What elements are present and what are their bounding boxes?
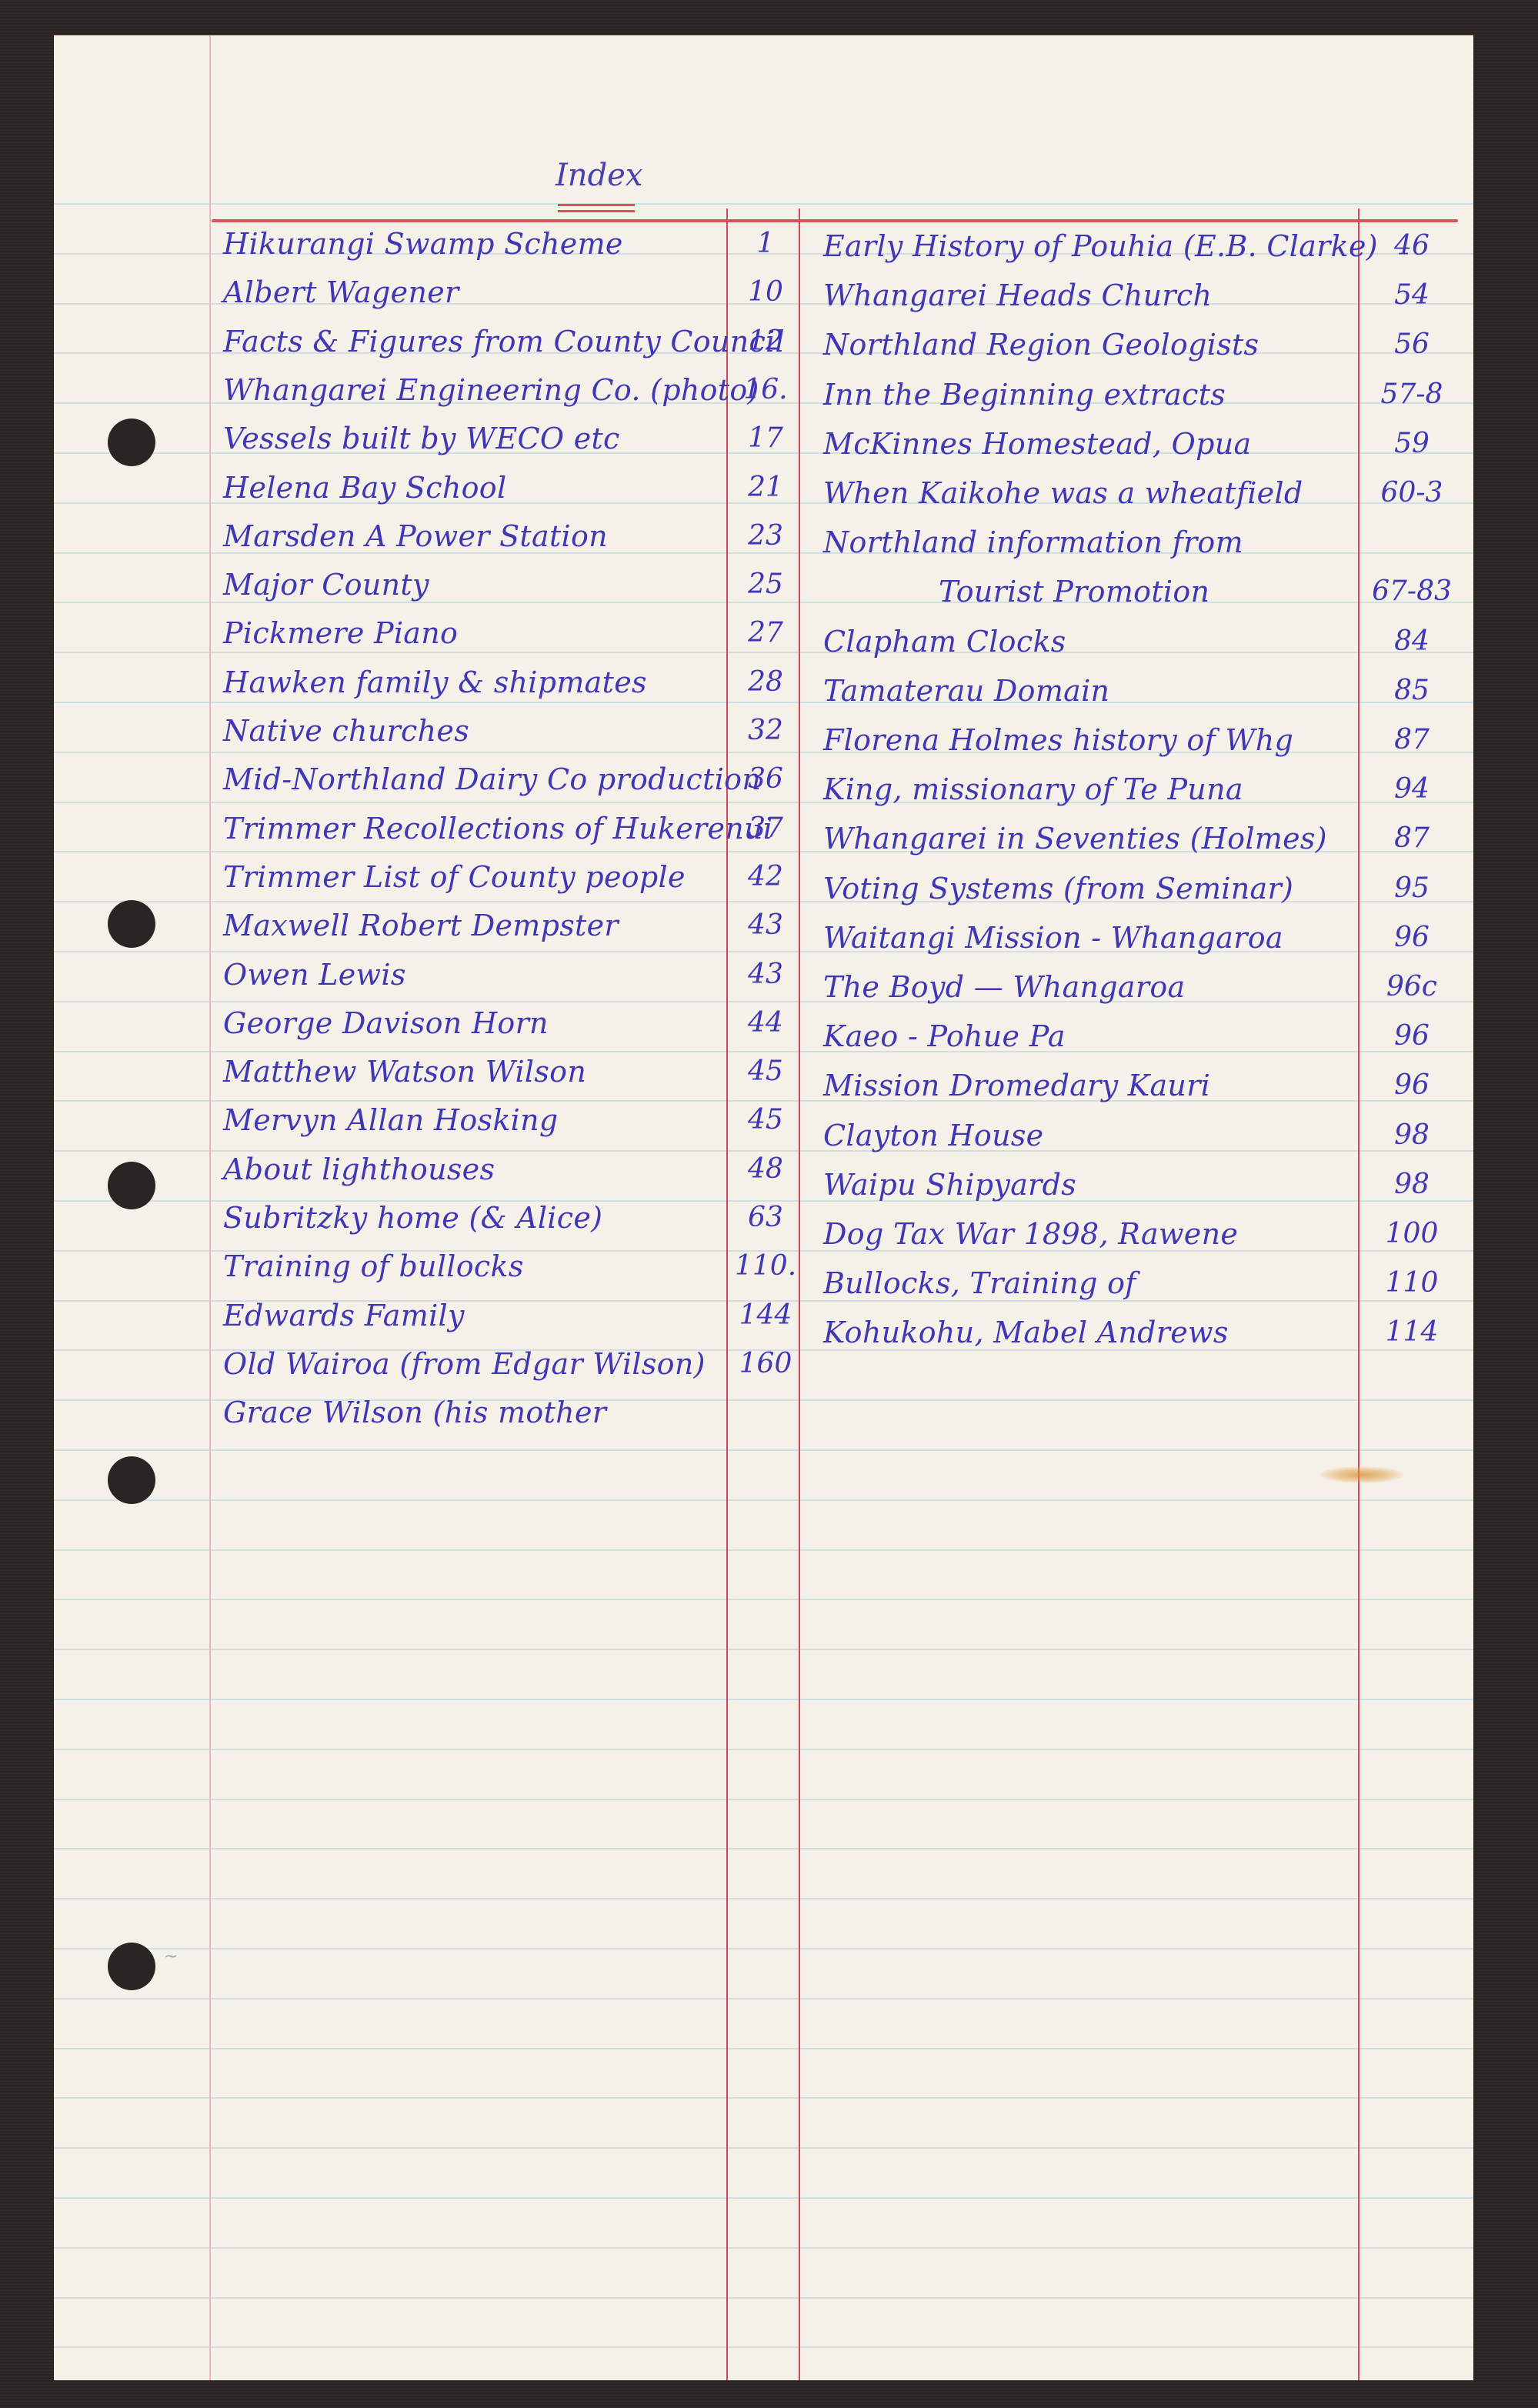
entry-page-number: 96 [1370, 921, 1454, 955]
entry-page-number: 100 [1370, 1217, 1454, 1251]
entry-title: Whangarei Engineering Co. (photo) [223, 373, 716, 407]
entry-page-number: 54 [1370, 278, 1454, 312]
entry-title: McKinnes Homestead, Opua [823, 427, 1354, 461]
ruled-line [54, 2297, 1473, 2299]
binder-hole [108, 1456, 155, 1504]
entry-page-number: 94 [1370, 772, 1454, 806]
entry-page-number: 87 [1370, 723, 1454, 757]
entry-page-number: 96 [1370, 1069, 1454, 1102]
entry-page-number: 85 [1370, 674, 1454, 708]
entry-title: Clapham Clocks [823, 625, 1354, 659]
entry-page-number: 45 [735, 1103, 796, 1137]
entry-title: When Kaikohe was a wheatfield [823, 476, 1354, 510]
center-column-divider [799, 208, 800, 2380]
ruled-line [54, 1649, 1473, 1650]
entry-title: Hawken family & shipmates [223, 665, 716, 699]
ruled-line [54, 1599, 1473, 1600]
entry-page-number: 63 [735, 1201, 796, 1235]
entry-page-number: 96 [1370, 1019, 1454, 1053]
entry-page-number: 60-3 [1370, 476, 1454, 510]
entry-page-number: 46 [1370, 229, 1454, 263]
entry-title: Mervyn Allan Hosking [223, 1103, 716, 1137]
entry-title: Edwards Family [223, 1299, 716, 1332]
ruled-line [54, 1898, 1473, 1899]
entry-title: Native churches [223, 714, 716, 748]
pencil-mark: ~ [164, 1947, 178, 1966]
entry-page-number: 43 [735, 909, 796, 942]
entry-page-number: 43 [735, 958, 796, 992]
entry-page-number: 16. [735, 373, 796, 407]
entry-title: Major County [223, 568, 716, 602]
binder-hole [108, 1162, 155, 1209]
entry-page-number: 12 [735, 325, 796, 359]
entry-page-number: 32 [735, 714, 796, 748]
entry-title: Voting Systems (from Seminar) [823, 872, 1354, 906]
entry-page-number: 67-83 [1370, 575, 1454, 609]
entry-title: George Davison Horn [223, 1006, 716, 1040]
title-underline [558, 204, 635, 206]
entry-page-number: 84 [1370, 625, 1454, 659]
entry-title: About lighthouses [223, 1152, 716, 1186]
entry-title: Tamaterau Domain [823, 674, 1354, 708]
entry-title: Subritzky home (& Alice) [223, 1201, 716, 1235]
entry-page-number: 57-8 [1370, 378, 1454, 412]
entry-page-number: 110. [735, 1249, 796, 1283]
entry-title: Northland information from [823, 525, 1354, 559]
entry-page-number: 144 [735, 1299, 796, 1332]
entry-page-number: 110 [1370, 1266, 1454, 1300]
entry-title: Mission Dromedary Kauri [823, 1069, 1354, 1102]
entry-title: Kaeo - Pohue Pa [823, 1019, 1354, 1053]
entry-title: Matthew Watson Wilson [223, 1055, 716, 1089]
entry-page-number: 10 [735, 275, 796, 309]
entry-page-number: 160 [735, 1347, 796, 1381]
ruled-line [54, 1749, 1473, 1750]
ruled-line [54, 2247, 1473, 2249]
entry-page-number: 95 [1370, 872, 1454, 906]
entry-page-number: 56 [1370, 328, 1454, 362]
entry-page-number: 87 [1370, 822, 1454, 855]
entry-title: Facts & Figures from County Council [223, 325, 716, 359]
right-page-column-divider [1358, 208, 1360, 2380]
ruled-line [54, 1799, 1473, 1800]
rust-stain [1319, 1466, 1404, 1483]
ruled-line [54, 2048, 1473, 2049]
entry-title: Mid-Northland Dairy Co production [223, 762, 716, 796]
entry-title: The Boyd — Whangaroa [823, 970, 1354, 1004]
entry-title: Early History of Pouhia (E.B. Clarke) [823, 229, 1354, 263]
binder-hole [108, 419, 155, 466]
ruled-line [54, 1449, 1473, 1451]
page-title: Index [555, 158, 642, 193]
entry-title: Vessels built by WECO etc [223, 422, 716, 455]
entry-title: Northland Region Geologists [823, 328, 1354, 362]
entry-title: Florena Holmes history of Whg [823, 723, 1354, 757]
entry-page-number: 21 [735, 471, 796, 505]
entry-title: Inn the Beginning extracts [823, 378, 1354, 412]
entry-page-number: 48 [735, 1152, 796, 1186]
binder-hole [108, 900, 155, 948]
entry-page-number: 25 [735, 568, 796, 602]
entry-title: Training of bullocks [223, 1249, 716, 1283]
entry-title: Clayton House [823, 1119, 1354, 1152]
entry-title: Old Wairoa (from Edgar Wilson) [223, 1347, 716, 1381]
entry-title: Albert Wagener [223, 275, 716, 309]
ruled-line [54, 1848, 1473, 1849]
entry-page-number: 59 [1370, 427, 1454, 461]
entry-title: Waitangi Mission - Whangaroa [823, 921, 1354, 955]
ruled-line [54, 1549, 1473, 1551]
entry-page-number: 27 [735, 616, 796, 650]
entry-title: Whangarei Heads Church [823, 278, 1354, 312]
ruled-line [54, 1948, 1473, 1949]
ruled-line [54, 1699, 1473, 1700]
header-rule [212, 219, 1458, 222]
entry-page-number: 114 [1370, 1316, 1454, 1349]
left-page-column-divider [726, 208, 728, 2380]
entry-title: Pickmere Piano [223, 616, 716, 650]
entry-page-number: 28 [735, 665, 796, 699]
ruled-line [54, 2197, 1473, 2199]
ruled-line [54, 2097, 1473, 2099]
entry-page-number: 96c [1370, 970, 1454, 1004]
ruled-line [54, 2147, 1473, 2149]
ruled-line [54, 2346, 1473, 2348]
entry-title: Kohukohu, Mabel Andrews [823, 1316, 1354, 1349]
entry-title: Bullocks, Training of [823, 1266, 1354, 1300]
ruled-line [54, 1499, 1473, 1501]
entry-page-number: 45 [735, 1055, 796, 1089]
entry-page-number: 44 [735, 1006, 796, 1040]
entry-page-number: 36 [735, 762, 796, 796]
entry-page-number: 1 [735, 227, 796, 261]
entry-page-number: 98 [1370, 1168, 1454, 1202]
entry-page-number: 98 [1370, 1119, 1454, 1152]
entry-title: Hikurangi Swamp Scheme [223, 227, 716, 261]
entry-title: Owen Lewis [223, 958, 716, 992]
entry-page-number: 23 [735, 519, 796, 553]
margin-line [209, 35, 211, 2380]
ruled-line [54, 203, 1473, 205]
entry-title: Grace Wilson (his mother [223, 1396, 716, 1429]
entry-page-number: 37 [735, 812, 796, 845]
entry-title: Trimmer List of County people [223, 860, 716, 894]
entry-title: King, missionary of Te Puna [823, 772, 1354, 806]
entry-page-number: 42 [735, 860, 796, 894]
entry-title: Marsden A Power Station [223, 519, 716, 553]
entry-title: Whangarei in Seventies (Holmes) [823, 822, 1354, 855]
entry-title: Maxwell Robert Dempster [223, 909, 716, 942]
binder-hole [108, 1943, 155, 1990]
entry-title: Helena Bay School [223, 471, 716, 505]
entry-title: Waipu Shipyards [823, 1168, 1354, 1202]
entry-page-number: 17 [735, 422, 796, 455]
entry-title: Trimmer Recollections of Hukerenui [223, 812, 716, 845]
entry-title: Dog Tax War 1898, Rawene [823, 1217, 1354, 1251]
ruled-line [54, 1998, 1473, 1999]
